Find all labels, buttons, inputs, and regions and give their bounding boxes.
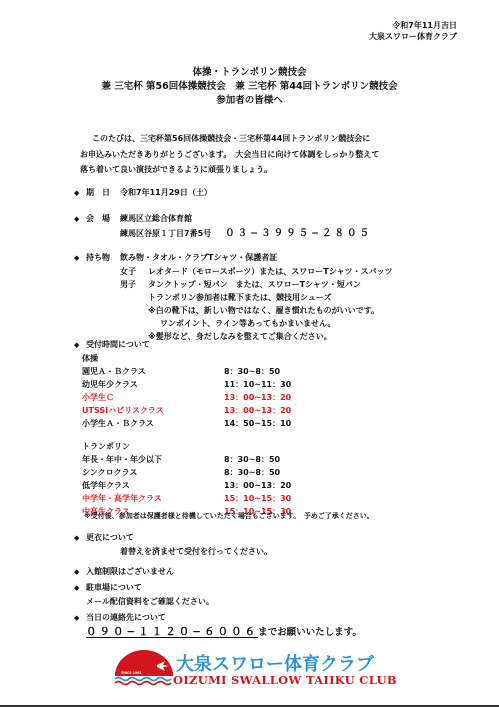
venue-section: ◆会 場練馬区立総合体育館 練馬区谷原１丁目7番5号０３−３９９５−２８０５ (74, 212, 372, 240)
socks-note: ※白の靴下は、新しい物ではなく、履き慣れたものがいいです。 (74, 304, 393, 317)
schedule-row: 年長・年中・年少以下8：30~8：50 (82, 453, 291, 466)
class-time: 14：50~15：10 (224, 417, 291, 430)
belongings-label: 持ち物 (86, 251, 120, 264)
boys-attire: タンクトップ・短パン または、スワローTシャツ・短パン (148, 280, 361, 289)
parking-text: メール配信資料をご確認ください。 (74, 595, 214, 608)
trampoline-heading: トランポリン (82, 440, 291, 453)
date-label: 期 日 (86, 186, 120, 199)
socks-note-2: ワンポイント、ライン等あってもかまいません。 (74, 317, 393, 330)
reception-section: ◆受付時間について 体操 園児Ａ・Ｂクラス8：30~8：50 幼児年少クラス11… (74, 338, 291, 518)
contact-phone: ０９０−１１２０−６００６ (86, 626, 258, 638)
header-block: 令和7年11月吉日 大泉スワロー体育クラブ (369, 20, 457, 42)
schedule-row: UTSSIハビリスクラス13：00~13：20 (82, 404, 291, 417)
class-name: 年長・年中・年少以下 (82, 453, 224, 466)
class-time: 15：10~15：30 (224, 492, 291, 505)
class-name: 低学年クラス (82, 479, 224, 492)
class-time: 11：10~11：30 (224, 378, 291, 391)
schedule-row: 幼児年少クラス11：10~11：30 (82, 378, 291, 391)
class-time: 13：00~13：20 (224, 404, 291, 417)
organization-name: 大泉スワロー体育クラブ (369, 31, 457, 42)
class-name: 小学生Ａ・Ｂクラス (82, 417, 224, 430)
class-time: 13：00~13：20 (224, 391, 291, 404)
intro-line-2: お申込みいただきありがとうございます。 大会当日に向けて体調をしっかり整えて (80, 147, 379, 163)
contact-label: 当日の連絡先について (86, 613, 166, 622)
bullet-icon: ◆ (74, 187, 86, 200)
parking-section: ◆駐車場について メール配信資料をご確認ください。 (74, 581, 214, 608)
bullet-icon: ◆ (74, 252, 86, 265)
class-name: 中学年・高学年クラス (82, 492, 224, 505)
changing-section: ◆受付時間について更衣について 着替えを済ませて受付を行ってください。 (74, 531, 272, 558)
venue-address: 練馬区谷原１丁目7番5号 (120, 229, 211, 238)
reception-label: 受付時間について (86, 340, 150, 349)
title-line-1: 体操・トランポリン競技会 (0, 66, 499, 80)
venue-label: 会 場 (86, 212, 120, 225)
intro-line-3: 落ち着いて良い演技ができるように頑張りましょう。 (80, 162, 379, 178)
issue-date: 令和7年11月吉日 (369, 20, 457, 31)
logo-name-en: OIZUMI SWALLOW TAIIKU CLUB (173, 673, 397, 687)
title-line-3: 参加者の皆様へ (0, 94, 499, 108)
date-value: 令和7年11月29日（土） (120, 188, 212, 197)
contact-section: ◆当日の連絡先について ０９０−１１２０−６００６までお願いいたします。 (74, 611, 362, 640)
parking-label: 駐車場について (86, 583, 142, 592)
club-logo: SINCE 1961 大泉スワロー体育クラブ OIZUMI SWALLOW TA… (113, 650, 383, 690)
sunrise-swallow-icon: SINCE 1961 (113, 650, 175, 688)
reception-note: ※受付後、参加者は保護者様と待機していただく場合もございます。 予めご了承くださ… (84, 511, 374, 521)
changing-text: 着替えを済ませて受付を行ってください。 (74, 545, 272, 558)
bullet-icon: ◆ (74, 213, 86, 226)
schedule-row: シンクロクラス8：30~8：50 (82, 466, 291, 479)
girls-attire: レオタード（モロースポーツ）または、スワローTシャツ・スパッツ (148, 267, 393, 276)
svg-text:SINCE 1961: SINCE 1961 (121, 671, 142, 675)
intro-line-1: このたびは、三宅杯第56回体操競技会・三宅杯第44回トランポリン競技会に (80, 131, 379, 147)
belongings-section: ◆持ち物飲み物・タオル・クラブTシャツ・保護者証 女子レオタード（モロースポーツ… (74, 251, 393, 343)
venue-name: 練馬区立総合体育館 (120, 214, 192, 223)
bullet-icon: ◆ (74, 339, 86, 352)
class-name: 幼児年少クラス (82, 378, 224, 391)
class-name: 園児Ａ・Ｂクラス (82, 365, 224, 378)
intro-paragraph: このたびは、三宅杯第56回体操競技会・三宅杯第44回トランポリン競技会に お申込… (80, 131, 379, 178)
schedule-row: 中学年・高学年クラス15：10~15：30 (82, 492, 291, 505)
schedule-row: 園児Ａ・Ｂクラス8：30~8：50 (82, 365, 291, 378)
venue-phone: ０３−３９９５−２８０５ (225, 228, 372, 239)
bullet-icon: ◆ (74, 612, 86, 625)
document-page: 令和7年11月吉日 大泉スワロー体育クラブ 体操・トランポリン競技会 兼 三宅杯… (0, 0, 499, 707)
boys-label: 男子 (120, 278, 148, 291)
class-time: 13：00~13：20 (224, 479, 291, 492)
schedule-row: 小学生Ｃ13：00~13：20 (82, 391, 291, 404)
bullet-icon: ◆ (74, 582, 86, 595)
document-title: 体操・トランポリン競技会 兼 三宅杯 第56回体操競技会 兼 三宅杯 第44回ト… (0, 66, 499, 108)
class-time: 8：30~8：50 (224, 453, 280, 466)
date-section: ◆期 日令和7年11月29日（土） (74, 186, 212, 200)
belongings-line-1: 飲み物・タオル・クラブTシャツ・保護者証 (120, 253, 277, 262)
class-name: UTSSIハビリスクラス (82, 404, 224, 417)
entry-section: ◆入館制限はございません (74, 565, 174, 579)
bullet-icon: ◆ (74, 532, 86, 545)
class-name: 小学生Ｃ (82, 391, 224, 404)
class-time: 8：30~8：50 (224, 466, 280, 479)
contact-suffix: までお願いいたします。 (258, 627, 362, 638)
class-name: シンクロクラス (82, 466, 224, 479)
girls-label: 女子 (120, 265, 148, 278)
gymnastics-heading: 体操 (82, 352, 291, 365)
trampoline-note: トランポリン参加者は靴下または、競技用シューズ (74, 291, 393, 304)
schedule-row: 小学生Ａ・Ｂクラス14：50~15：10 (82, 417, 291, 430)
class-time: 8：30~8：50 (224, 365, 280, 378)
title-line-2: 兼 三宅杯 第56回体操競技会 兼 三宅杯 第44回トランポリン競技会 (0, 80, 499, 94)
bullet-icon: ◆ (74, 566, 86, 579)
changing-label: 更衣について (86, 533, 134, 542)
schedule-row: 低学年クラス13：00~13：20 (82, 479, 291, 492)
entry-label: 入館制限はございません (86, 567, 174, 576)
